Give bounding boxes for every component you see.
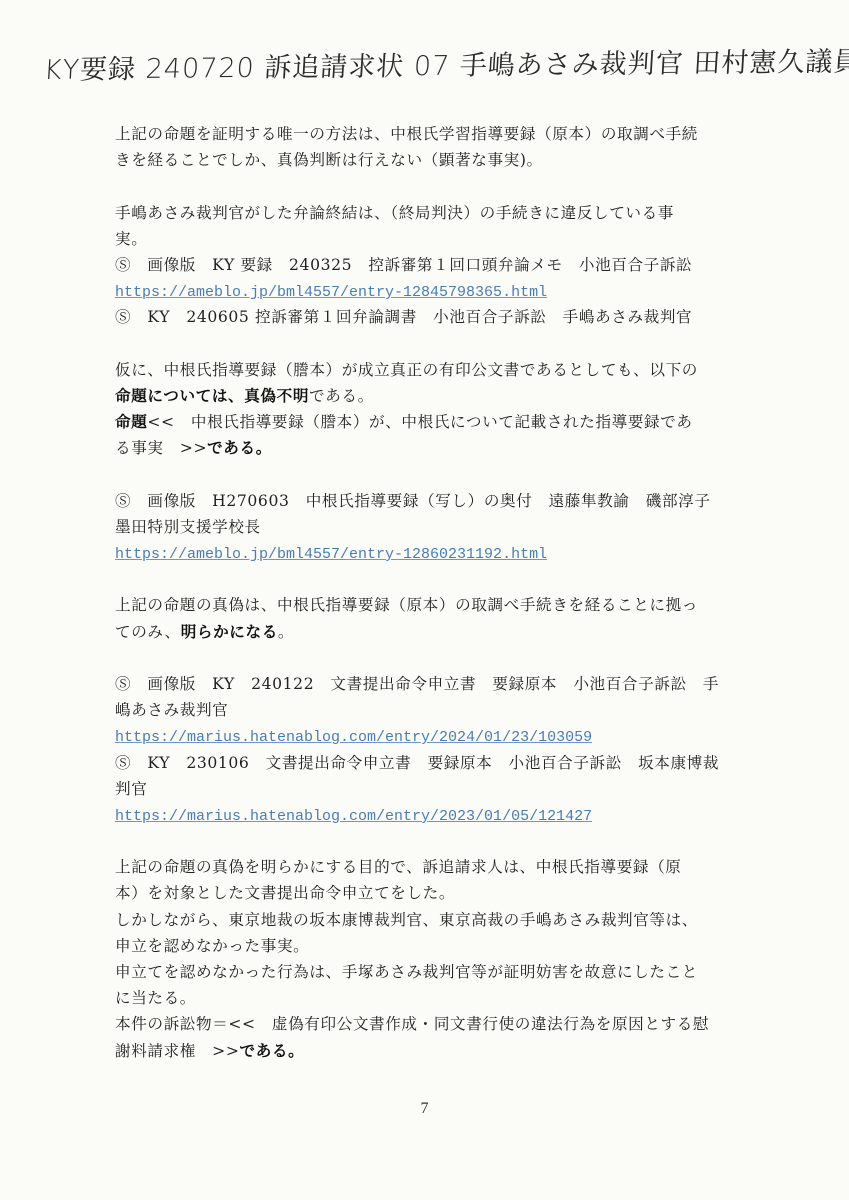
reference-text: 画像版 H270603 中根氏指導要録（写し）の奥付 遠藤隼教諭 磯部淳子 (131, 492, 710, 510)
text: 。 (278, 623, 294, 641)
s-mark-icon: Ⓢ (115, 492, 131, 510)
reference-item: Ⓢ KY 240605 控訴審第１回弁論調書 小池百合子訴訟 手嶋あさみ裁判官 (115, 304, 785, 330)
bold-text: 命題については、真偽不明 (115, 386, 309, 405)
page-number: 7 (0, 1100, 849, 1118)
reference-item: Ⓢ KY 230106 文書提出命令申立書 要録原本 小池百合子訴訟 坂本康博裁 (115, 750, 785, 776)
paragraph-2-line-1: 手嶋あさみ裁判官がした弁論終結は、（終局判決）の手続きに違反している事 (115, 200, 785, 226)
reference-text-cont: 嶋あさみ裁判官 (115, 697, 785, 723)
handwritten-title: KY要録 240720 訴追請求状 07 手嶋あさみ裁判官 田村憲久議員 (43, 40, 805, 87)
bold-text: 明らかになる (181, 622, 278, 641)
bold-text: 命題 (115, 412, 147, 431)
reference-text-cont: 判官 (115, 776, 785, 802)
paragraph-7-line-8: 謝料請求権 >>である。 (115, 1038, 785, 1064)
reference-link-line: https://marius.hatenablog.com/entry/2023… (115, 802, 785, 828)
reference-link[interactable]: https://ameblo.jp/bml4557/entry-12860231… (115, 546, 547, 563)
text: である。 (309, 387, 374, 405)
reference-link[interactable]: https://ameblo.jp/bml4557/entry-12845798… (115, 284, 547, 301)
paragraph-7-line-4: 申立を認めなかった事実。 (115, 933, 785, 959)
paragraph-3-line-4: る事実 >>である。 (115, 435, 785, 461)
paragraph-2-line-2: 実。 (115, 226, 785, 252)
paragraph-5-line-1: 上記の命題の真偽は、中根氏指導要録（原本）の取調べ手続きを経ることに拠っ (115, 592, 785, 618)
paragraph-1-line-1: 上記の命題を証明する唯一の方法は、中根氏学習指導要録（原本）の取調べ手続 (115, 121, 785, 147)
text: << 中根氏指導要録（謄本）が、中根氏について記載された指導要録であ (147, 413, 692, 431)
text: 謝料請求権 >> (115, 1042, 240, 1060)
paragraph-7-line-2: 本）を対象とした文書提出命令申立てをした。 (115, 880, 785, 906)
reference-link-line: https://ameblo.jp/bml4557/entry-12860231… (115, 540, 785, 566)
paragraph-3-line-2: 命題については、真偽不明である。 (115, 383, 785, 409)
spacer (115, 566, 785, 592)
paragraph-7-line-5: 申立てを認めなかった行為は、手塚あさみ裁判官等が証明妨害を故意にしたこと (115, 959, 785, 985)
text: てのみ、 (115, 623, 181, 641)
s-mark-icon: Ⓢ (115, 256, 131, 274)
paragraph-7-line-3: しかしながら、東京地裁の坂本康博裁判官、東京高裁の手嶋あさみ裁判官等は、 (115, 907, 785, 933)
reference-item: Ⓢ 画像版 KY 240122 文書提出命令申立書 要録原本 小池百合子訴訟 手 (115, 671, 785, 697)
spacer (115, 461, 785, 487)
paragraph-3-line-1: 仮に、中根氏指導要録（謄本）が成立真正の有印公文書であるとしても、以下の (115, 357, 785, 383)
bold-text: である。 (240, 1041, 305, 1060)
reference-link[interactable]: https://marius.hatenablog.com/entry/2024… (115, 729, 592, 746)
s-mark-icon: Ⓢ (115, 675, 131, 693)
reference-item: Ⓢ 画像版 KY 要録 240325 控訴審第１回口頭弁論メモ 小池百合子訴訟 (115, 252, 785, 278)
paragraph-7-line-1: 上記の命題の真偽を明らかにする目的で、訴追請求人は、中根氏指導要録（原 (115, 854, 785, 880)
paragraph-7-line-7: 本件の訴訟物＝<< 虚偽有印公文書作成・同文書行使の違法行為を原因とする慰 (115, 1011, 785, 1037)
spacer (115, 828, 785, 854)
paragraph-1-line-2: きを経ることでしか、真偽判断は行えない（顕著な事実)。 (115, 147, 785, 173)
reference-item: Ⓢ 画像版 H270603 中根氏指導要録（写し）の奥付 遠藤隼教諭 磯部淳子 (115, 488, 785, 514)
s-mark-icon: Ⓢ (115, 308, 131, 326)
reference-link[interactable]: https://marius.hatenablog.com/entry/2023… (115, 808, 592, 825)
reference-link-line: https://marius.hatenablog.com/entry/2024… (115, 723, 785, 749)
paragraph-3-line-3: 命題<< 中根氏指導要録（謄本）が、中根氏について記載された指導要録であ (115, 409, 785, 435)
reference-text: KY 230106 文書提出命令申立書 要録原本 小池百合子訴訟 坂本康博裁 (131, 754, 719, 772)
s-mark-icon: Ⓢ (115, 754, 131, 772)
paragraph-5-line-2: てのみ、明らかになる。 (115, 619, 785, 645)
spacer (115, 173, 785, 199)
spacer (115, 331, 785, 357)
bold-text: である。 (207, 438, 272, 457)
text: る事実 >> (115, 439, 207, 457)
reference-link-line: https://ameblo.jp/bml4557/entry-12845798… (115, 278, 785, 304)
reference-text: 画像版 KY 要録 240325 控訴審第１回口頭弁論メモ 小池百合子訴訟 (131, 256, 692, 274)
document-body: 上記の命題を証明する唯一の方法は、中根氏学習指導要録（原本）の取調べ手続 きを経… (115, 121, 785, 1064)
spacer (115, 645, 785, 671)
reference-text: KY 240605 控訴審第１回弁論調書 小池百合子訴訟 手嶋あさみ裁判官 (131, 308, 692, 326)
paragraph-7-line-6: に当たる。 (115, 985, 785, 1011)
reference-text: 画像版 KY 240122 文書提出命令申立書 要録原本 小池百合子訴訟 手 (131, 675, 719, 693)
reference-text-cont: 墨田特別支援学校長 (115, 514, 785, 540)
